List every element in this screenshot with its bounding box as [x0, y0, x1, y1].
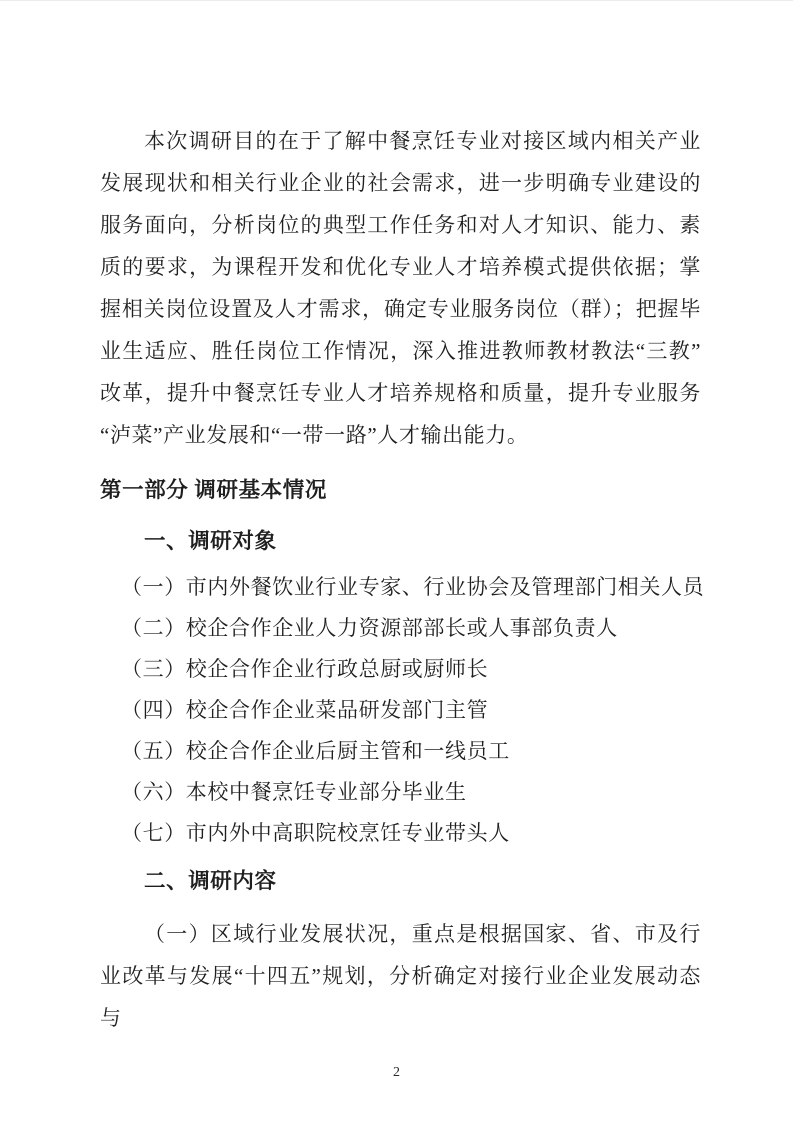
page-number: 2 [0, 1063, 793, 1083]
list-item: （一）市内外餐饮业行业专家、行业协会及管理部门相关人员 [100, 567, 701, 608]
intro-paragraph: 本次调研目的在于了解中餐烹饪专业对接区域内相关产业发展现状和相关行业企业的社会需… [100, 120, 701, 456]
survey-content-paragraph: （一）区域行业发展状况，重点是根据国家、省、市及行业改革与发展“十四五”规划，分… [100, 913, 701, 1039]
page-content: 本次调研目的在于了解中餐烹饪专业对接区域内相关产业发展现状和相关行业企业的社会需… [100, 120, 701, 1039]
list-item: （三）校企合作企业行政总厨或厨师长 [100, 649, 701, 690]
list-item: （二）校企合作企业人力资源部部长或人事部负责人 [100, 608, 701, 649]
list-item: （四）校企合作企业菜品研发部门主管 [100, 690, 701, 731]
list-item: （五）校企合作企业后厨主管和一线员工 [100, 731, 701, 772]
subsection-heading-survey-objects: 一、调研对象 [100, 520, 701, 562]
list-item: （七）市内外中高职院校烹饪专业带头人 [100, 813, 701, 854]
section-heading-part1: 第一部分 调研基本情况 [100, 469, 701, 511]
survey-objects-list: （一）市内外餐饮业行业专家、行业协会及管理部门相关人员 （二）校企合作企业人力资… [100, 567, 701, 854]
document-page: 本次调研目的在于了解中餐烹饪专业对接区域内相关产业发展现状和相关行业企业的社会需… [0, 0, 793, 1122]
subsection-heading-survey-content: 二、调研内容 [100, 860, 701, 902]
list-item: （六）本校中餐烹饪专业部分毕业生 [100, 772, 701, 813]
